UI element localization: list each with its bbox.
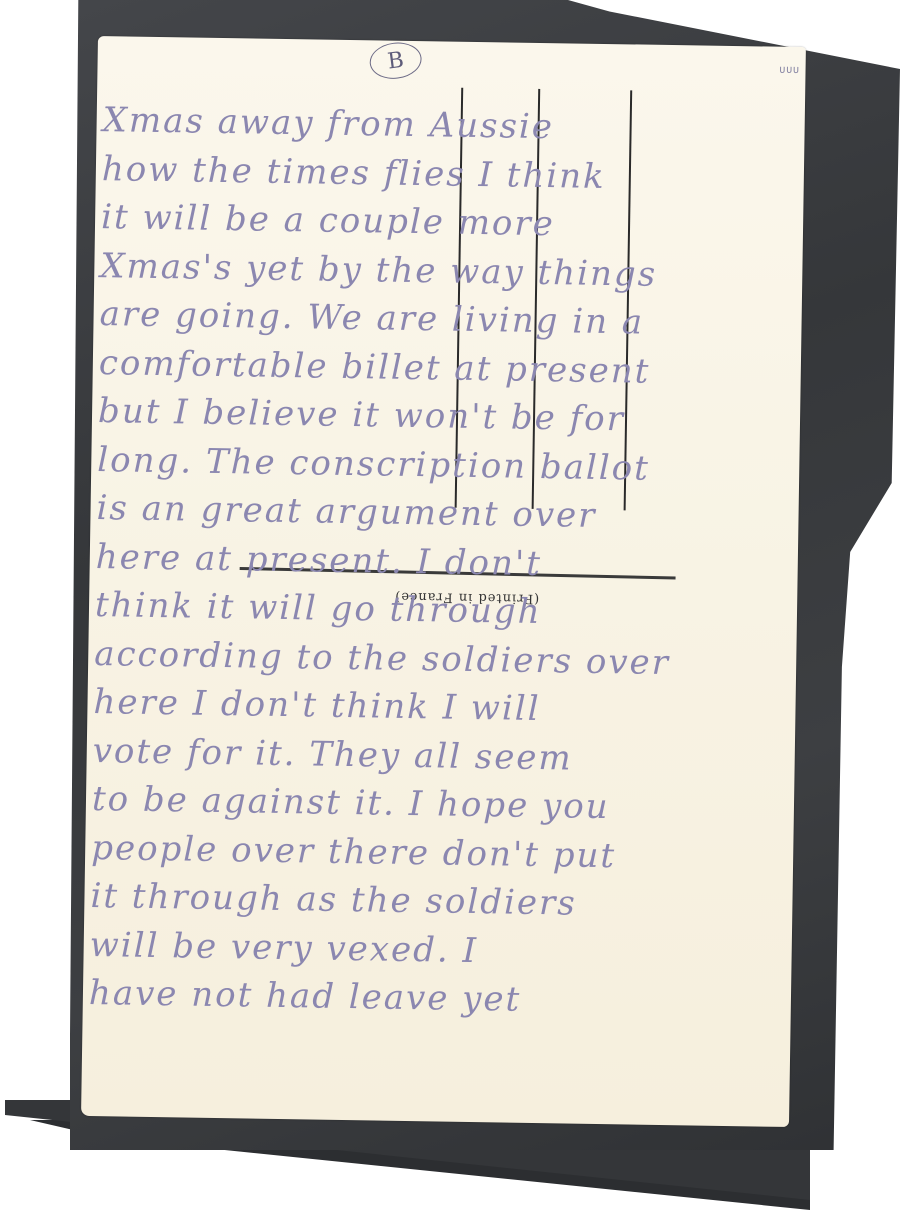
- handwritten-line: have not had leave yet: [89, 969, 780, 1028]
- circled-page-label: B: [368, 40, 424, 82]
- corner-pencil-mark: ᴜᴜᴜ: [779, 63, 800, 76]
- postcard: B ᴜᴜᴜ (Printed in France) Xmas away from…: [81, 36, 806, 1127]
- handwritten-letter: Xmas away from Aussie how the times flie…: [89, 96, 793, 1028]
